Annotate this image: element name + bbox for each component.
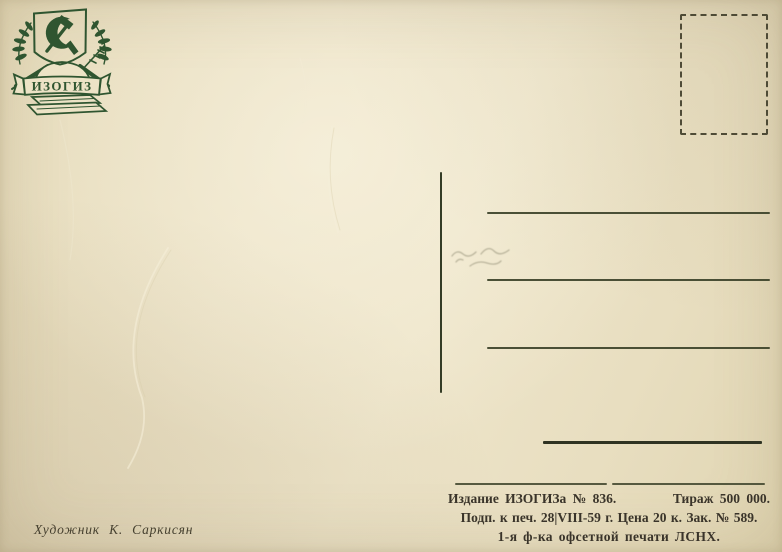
address-divider-line <box>440 172 442 393</box>
address-line-2 <box>487 279 770 281</box>
imprint-separator-line-right <box>612 483 765 485</box>
books-icon <box>28 95 106 115</box>
paper-creases <box>0 0 782 552</box>
imprint-row-edition: Издание ИЗОГИЗа № 836. Тираж 500 000. <box>448 489 770 508</box>
stamp-box <box>680 14 768 135</box>
imprint-print-run: Тираж 500 000. <box>673 489 770 508</box>
publisher-name: ИЗОГИЗ <box>32 79 93 94</box>
imprint-block: Издание ИЗОГИЗа № 836. Тираж 500 000. По… <box>448 489 770 546</box>
address-line-3 <box>487 347 770 349</box>
imprint-edition: Издание ИЗОГИЗа № 836. <box>448 489 616 508</box>
imprint-separator-thick-line <box>543 441 762 444</box>
izogiz-publisher-emblem: ИЗОГИЗ <box>10 6 114 116</box>
faint-pencil-marks <box>448 242 540 274</box>
address-line-1 <box>487 212 770 214</box>
hammer-and-sickle-icon <box>46 15 79 55</box>
imprint-printer: 1-я ф-ка офсетной печати ЛСНХ. <box>448 527 770 546</box>
laurel-left-icon <box>12 20 34 64</box>
postcard-back-scan: ИЗОГИЗ Издание ИЗОГИЗа № 836. Тираж 500 … <box>0 0 782 552</box>
imprint-approval: Подп. к печ. 28|VIII-59 г. Цена 20 к. За… <box>448 508 770 527</box>
imprint-separator-line-left <box>455 483 607 485</box>
artist-credit: Художник К. Саркисян <box>34 522 193 538</box>
